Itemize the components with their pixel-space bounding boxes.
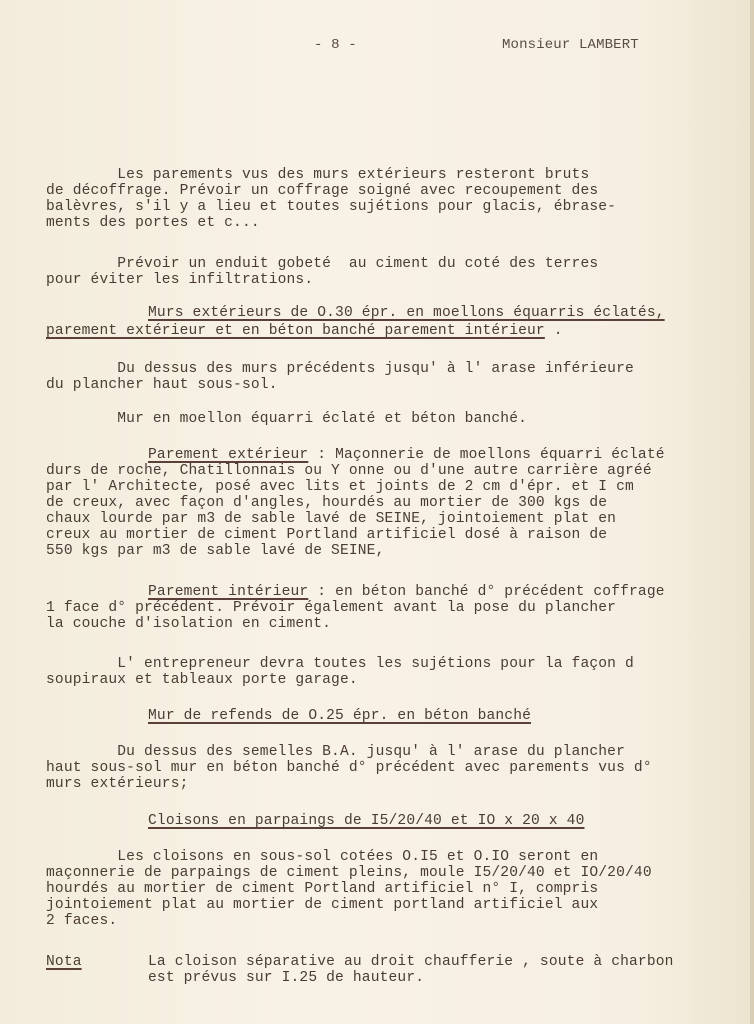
recipient-name: Monsieur LAMBERT	[502, 38, 639, 54]
paragraph-line: Prévoir un enduit gobeté au ciment du co…	[46, 257, 598, 273]
paragraph-line: 550 kgs par m3 de sable lavé de SEINE,	[46, 544, 385, 560]
typewritten-page: - 8 - Monsieur LAMBERT Les parements vus…	[0, 0, 754, 1024]
nota-line: est prévus sur I.25 de hauteur.	[148, 971, 424, 987]
paragraph-line: par l' Architecte, posé avec lits et joi…	[46, 480, 634, 496]
paragraph-line: pour éviter les infiltrations.	[46, 273, 313, 289]
paragraph-line: jointoiement plat au mortier de ciment p…	[46, 898, 598, 914]
section-heading: Cloisons en parpaings de I5/20/40 et IO …	[148, 814, 584, 830]
paragraph-line: ments des portes et c...	[46, 216, 260, 232]
heading-suffix: .	[545, 323, 563, 339]
paragraph-line: du plancher haut sous-sol.	[46, 378, 278, 394]
subheading-parement-interieur: Parement intérieur	[148, 584, 308, 600]
paragraph-text: : en béton banché d° précédent coffrage	[308, 584, 664, 600]
section-heading: Mur de refends de O.25 épr. en béton ban…	[148, 709, 531, 725]
paragraph-line: Du dessus des semelles B.A. jusqu' à l' …	[46, 745, 625, 761]
page-number: - 8 -	[314, 38, 357, 54]
paragraph-line: hourdés au mortier de ciment Portland ar…	[46, 882, 598, 898]
paragraph-line: de creux, avec façon d'angles, hourdés a…	[46, 496, 607, 512]
section-heading-line2: parement extérieur et en béton banché pa…	[46, 324, 563, 340]
subheading-parement-exterieur: Parement extérieur	[148, 447, 308, 463]
paragraph-line: L' entrepreneur devra toutes les sujétio…	[46, 657, 634, 673]
paragraph-line: Les cloisons en sous-sol cotées O.I5 et …	[46, 850, 598, 866]
paragraph-text: : Maçonnerie de moellons équarri éclaté	[308, 447, 664, 463]
paragraph-line: maçonnerie de parpaings de ciment pleins…	[46, 866, 652, 882]
paragraph-line: haut sous-sol mur en béton banché d° pré…	[46, 761, 652, 777]
page-edge	[750, 0, 754, 1024]
paragraph-line: Mur en moellon équarri éclaté et béton b…	[46, 412, 527, 428]
paragraph-line: la couche d'isolation en ciment.	[46, 617, 331, 633]
paragraph-line: 1 face d° précédent. Prévoir également a…	[46, 601, 616, 617]
paragraph-line: 2 faces.	[46, 914, 117, 930]
paragraph-line: durs de roche, Chatillonnais ou Y onne o…	[46, 464, 652, 480]
paragraph-line: de décoffrage. Prévoir un coffrage soign…	[46, 184, 598, 200]
section-heading: Murs extérieurs de O.30 épr. en moellons…	[148, 306, 665, 322]
paragraph-line: Du dessus des murs précédents jusqu' à l…	[46, 362, 634, 378]
section-heading-text: parement extérieur et en béton banché pa…	[46, 323, 545, 339]
nota-line: La cloison séparative au droit chaufferi…	[148, 955, 674, 971]
paragraph-line: creux au mortier de ciment Portland arti…	[46, 528, 607, 544]
paragraph-line: soupiraux et tableaux porte garage.	[46, 673, 358, 689]
paragraph-line: murs extérieurs;	[46, 777, 189, 793]
paragraph-line: chaux lourde par m3 de sable lavé de SEI…	[46, 512, 616, 528]
paragraph-line: Parement extérieur : Maçonnerie de moell…	[148, 448, 665, 464]
nota-label: Nota	[46, 955, 82, 971]
paragraph-line: Les parements vus des murs extérieurs re…	[46, 168, 589, 184]
paragraph-line: balèvres, s'il y a lieu et toutes sujéti…	[46, 200, 616, 216]
paragraph-line: Parement intérieur : en béton banché d° …	[148, 585, 665, 601]
